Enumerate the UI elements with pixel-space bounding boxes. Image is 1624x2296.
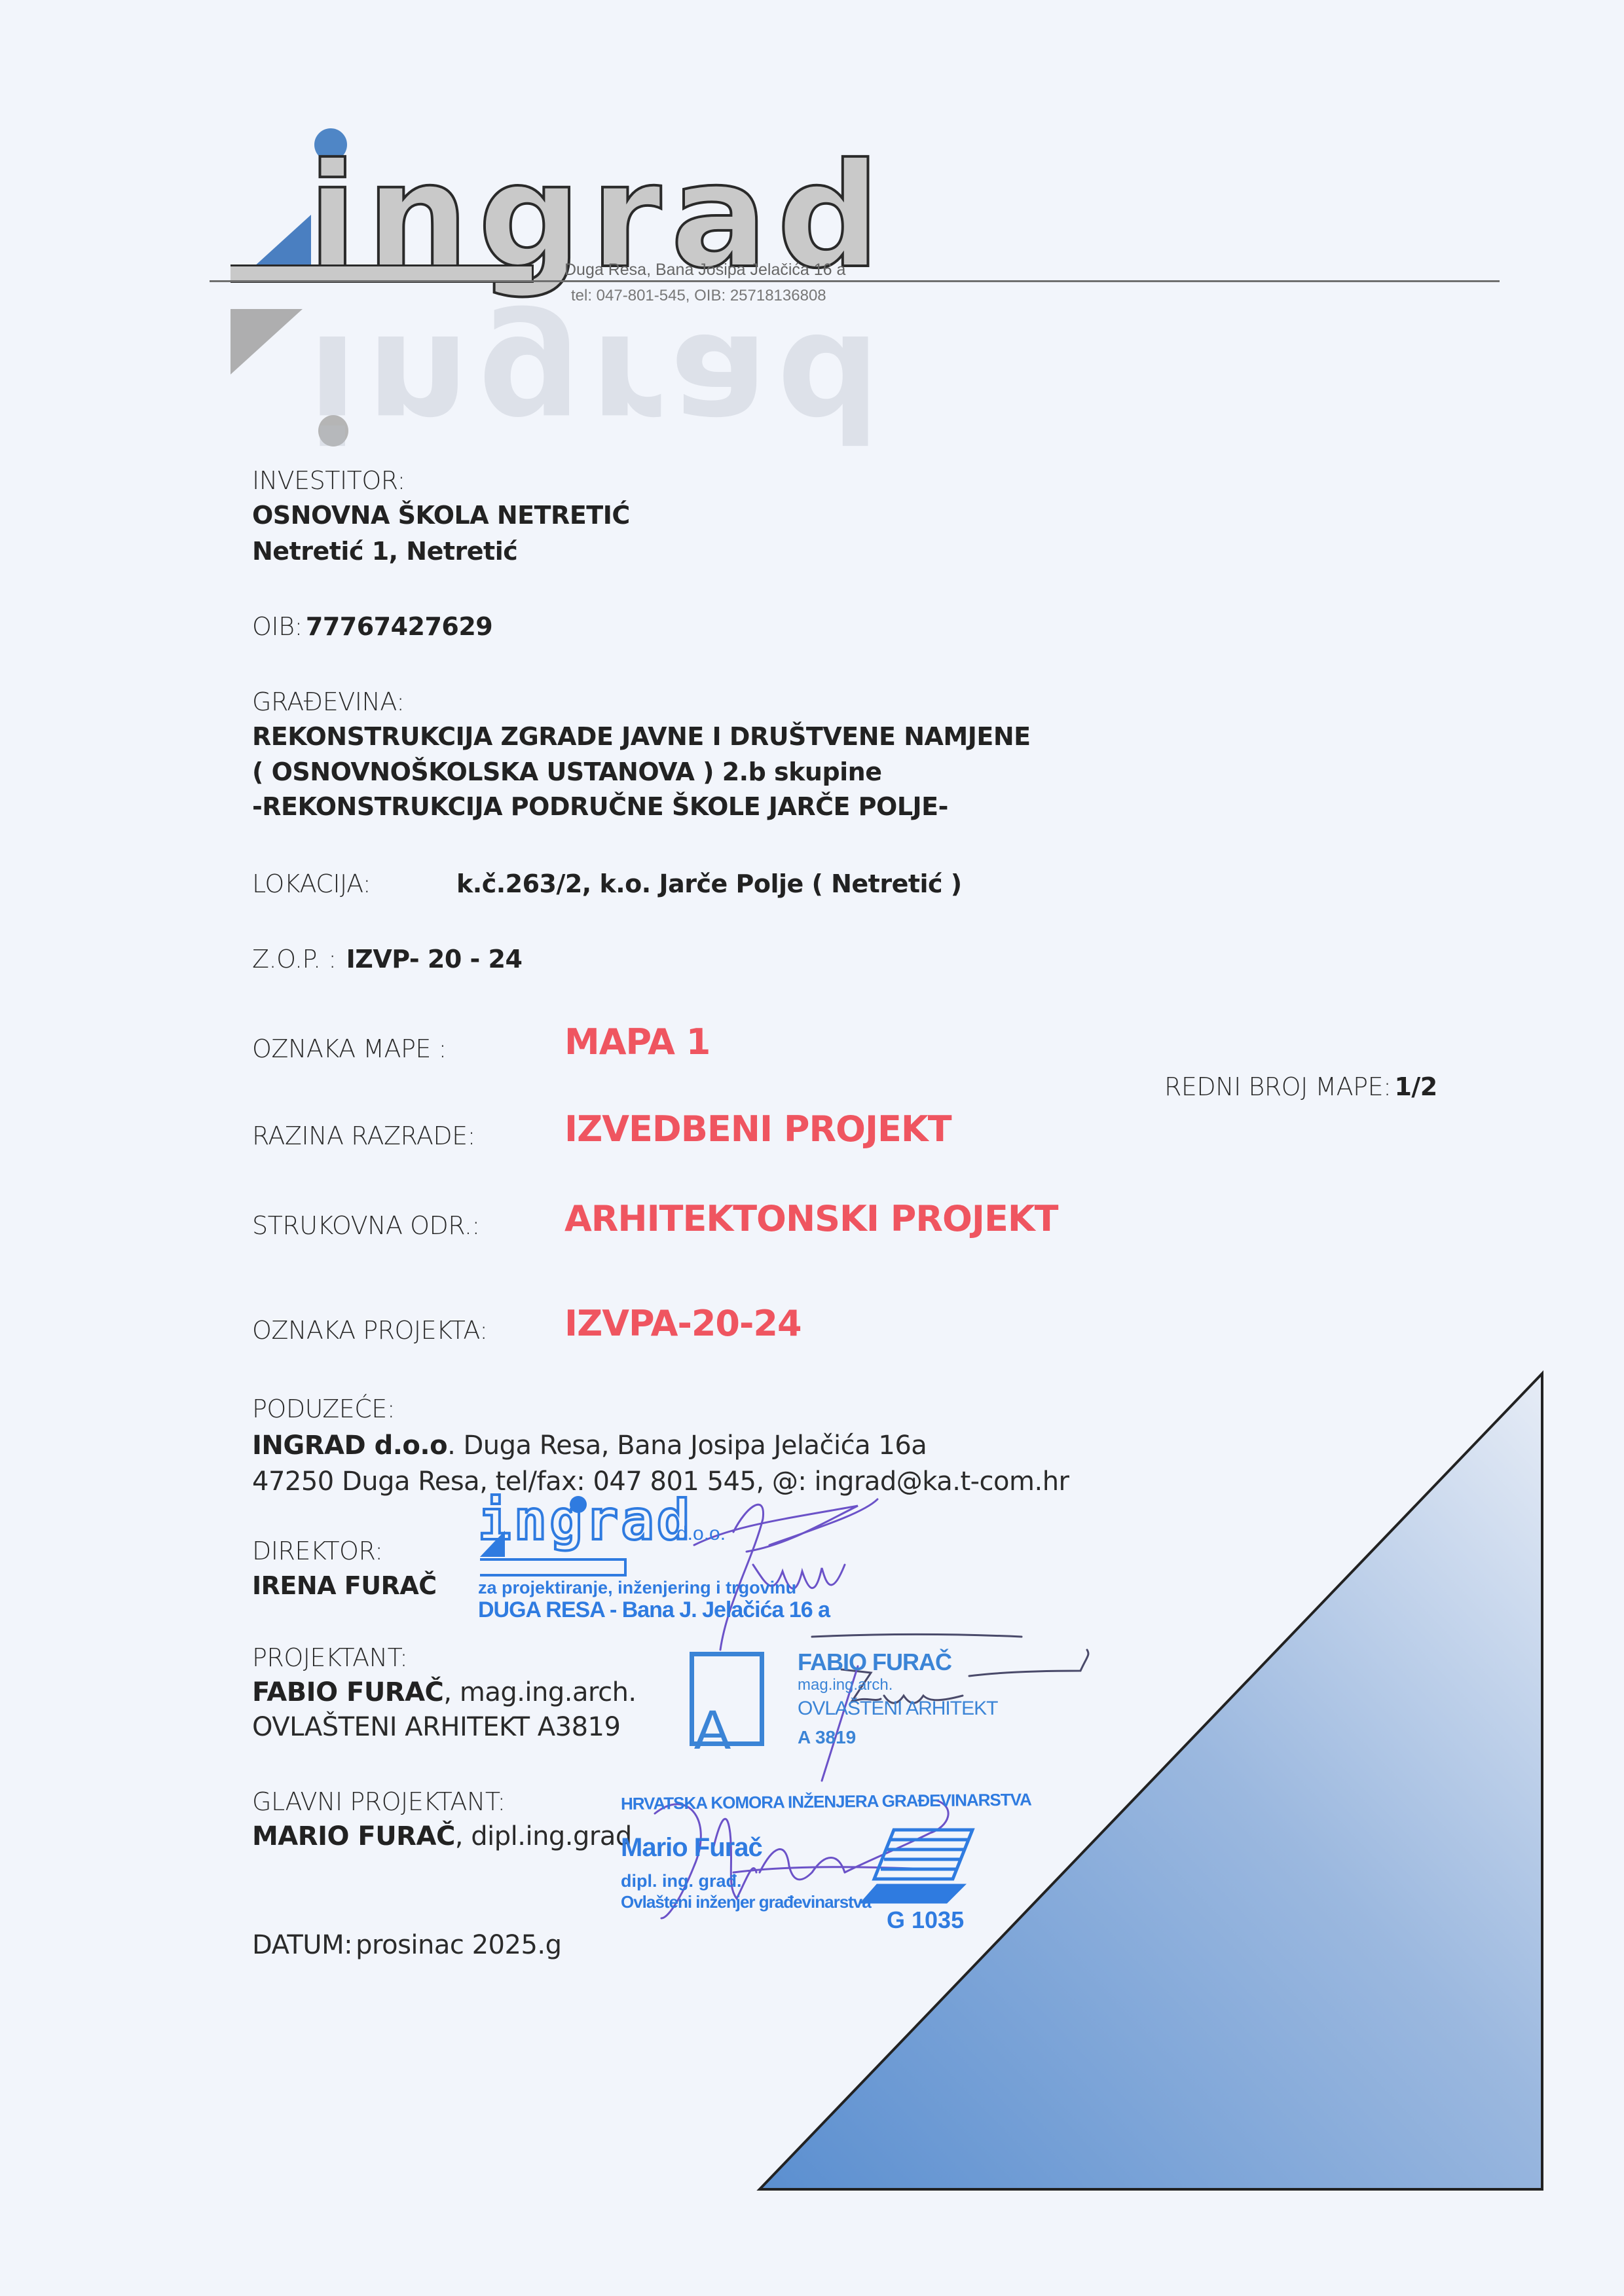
investitor-address: Netretić 1, Netretić <box>252 537 517 566</box>
engineer-stamp-name: Mario Furač <box>621 1833 762 1863</box>
architect-stamp-role: OVLAŠTENI ARHITEKT <box>798 1698 997 1720</box>
redni-broj-label: REDNI BROJ MAPE: <box>1164 1072 1391 1101</box>
razina-razrade-label: RAZINA RAZRADE: <box>252 1121 475 1150</box>
oznaka-projekta-label: OZNAKA PROJEKTA: <box>252 1316 488 1345</box>
investitor-name: OSNOVNA ŠKOLA NETRETIĆ <box>252 501 630 530</box>
gradjevina-label: GRAĐEVINA: <box>252 687 405 716</box>
engineer-stamp-role: Ovlašteni inženjer građevinarstva <box>621 1892 871 1912</box>
strukovna-odr-label: STRUKOVNA ODR.: <box>252 1211 480 1240</box>
direktor-label: DIREKTOR: <box>252 1537 383 1565</box>
engineer-stamp-title: dipl. ing. građ. <box>621 1871 742 1891</box>
company-stamp-subtitle: za projektiranje, inženjering i trgovinu <box>478 1578 796 1598</box>
poduzece-name: INGRAD d.o.o <box>252 1430 447 1461</box>
zop-label: Z.O.P. : <box>252 945 337 974</box>
direktor-name: IRENA FURAČ <box>252 1571 437 1600</box>
architect-stamp-name: FABIO FURAČ <box>798 1649 951 1676</box>
poduzece-line-1: INGRAD d.o.o. Duga Resa, Bana Josipa Jel… <box>252 1430 927 1461</box>
glavni-projektant-label: GLAVNI PROJEKTANT: <box>252 1787 506 1816</box>
poduzece-label: PODUZEĆE: <box>252 1394 395 1423</box>
architect-stamp-number: A 3819 <box>798 1727 856 1748</box>
datum-row: DATUM: prosinac 2025.g <box>252 1930 562 1960</box>
engineer-stamp-number: G 1035 <box>887 1906 964 1934</box>
oib-row: OIB: 77767427629 <box>252 612 492 641</box>
architect-stamp-letter: A <box>694 1702 731 1757</box>
letterhead-contact: tel: 047-801-545, OIB: 25718136808 <box>571 287 826 305</box>
architect-stamp-title: mag.ing.arch. <box>798 1676 893 1694</box>
oib-value: 77767427629 <box>306 612 492 641</box>
projektant-license: OVLAŠTENI ARHITEKT A3819 <box>252 1712 620 1742</box>
projektant-name: FABIO FURAČ <box>252 1677 443 1707</box>
glavni-projektant-row: MARIO FURAČ, dipl.ing.grad <box>252 1821 632 1851</box>
oznaka-mape-label: OZNAKA MAPE : <box>252 1034 447 1063</box>
datum-label: DATUM: <box>252 1930 352 1960</box>
header-divider <box>210 280 1500 282</box>
zop-row: Z.O.P. : IZVP- 20 - 24 <box>252 945 522 974</box>
projektant-name-row: FABIO FURAČ, mag.ing.arch. <box>252 1677 637 1707</box>
oznaka-projekta-value: IZVPA-20-24 <box>564 1303 802 1344</box>
lokacija-label: LOKACIJA: <box>252 869 371 898</box>
investitor-label: INVESTITOR: <box>252 466 405 495</box>
stamp-logo-bar <box>480 1558 627 1576</box>
logo-reflection-triangle <box>231 309 303 374</box>
company-stamp-logo: ingrad <box>478 1493 692 1548</box>
zop-value: IZVP- 20 - 24 <box>346 945 523 974</box>
company-stamp-city: DUGA RESA - Bana J. Jelačića 16 a <box>478 1597 830 1623</box>
redni-broj-value: 1/2 <box>1394 1072 1437 1101</box>
glavni-projektant-name: MARIO FURAČ <box>252 1821 455 1851</box>
strukovna-odr-value: ARHITEKTONSKI PROJEKT <box>564 1198 1058 1239</box>
projektant-label: PROJEKTANT: <box>252 1643 407 1672</box>
company-stamp-suffix: d.o.o. <box>676 1523 726 1545</box>
razina-razrade-value: IZVEDBENI PROJEKT <box>564 1108 951 1150</box>
letterhead-address: Duga Resa, Bana Josipa Jelačića 16 a <box>564 261 845 280</box>
oznaka-mape-value: MAPA 1 <box>564 1021 710 1063</box>
projektant-title: , mag.ing.arch. <box>443 1677 636 1707</box>
gradjevina-line-3: -REKONSTRUKCIJA PODRUČNE ŠKOLE JARČE POL… <box>252 792 948 821</box>
oib-label: OIB: <box>252 612 303 641</box>
engineer-stamp-chamber: HRVATSKA KOMORA INŽENJERA GRAĐEVINARSTVA <box>621 1789 1031 1814</box>
gradjevina-line-2: ( OSNOVNOŠKOLSKA USTANOVA ) 2.b skupine <box>252 757 882 786</box>
glavni-projektant-title: , dipl.ing.grad <box>455 1821 632 1851</box>
director-signature <box>694 1499 877 1650</box>
logo-reflection-text: ingrad <box>308 314 889 458</box>
redni-broj-row: REDNI BROJ MAPE: 1/2 <box>1164 1072 1437 1101</box>
engineer-stamp-building-icon <box>863 1830 972 1902</box>
lokacija-value: k.č.263/2, k.o. Jarče Polje ( Netretić ) <box>456 869 962 898</box>
datum-value: prosinac 2025.g <box>356 1930 561 1960</box>
poduzece-address: . Duga Resa, Bana Josipa Jelačića 16a <box>447 1430 927 1461</box>
gradjevina-line-1: REKONSTRUKCIJA ZGRADE JAVNE I DRUŠTVENE … <box>252 722 1031 751</box>
